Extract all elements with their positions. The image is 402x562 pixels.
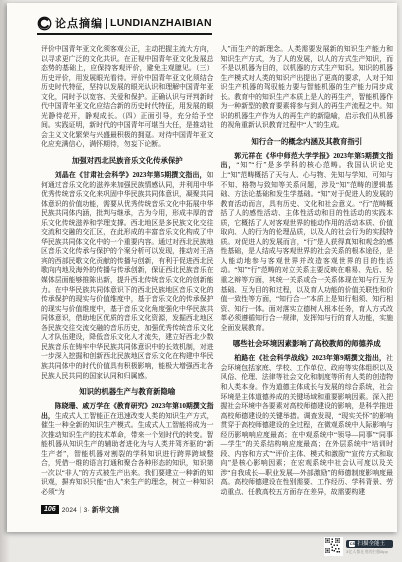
article-heading: 知识的机器生产与教育新隐喻 [41, 387, 214, 397]
left-column: 评价中国青年亚文化须客观公正，主动把握主流大方向，以寻求更广泛的文化共识。在正视… [41, 45, 214, 501]
article-heading: 加强对西北民族音乐文化传承保护 [41, 156, 214, 166]
camscanner-watermark: CS 扫描全能王 3亿人都在用的扫描App [324, 537, 393, 556]
journal-name: 新华文摘 [92, 504, 119, 514]
article-heading: 知行合一的概念内涵及其教育指引 [221, 137, 394, 147]
magazine-page: 论点摘编 LUNDIANZHAIBIAN 评价中国青年亚文化须客观公正，主动把握… [7, 3, 397, 532]
article-columns: 评价中国青年亚文化须客观公正，主动把握主流大方向，以寻求更广泛的文化共识。在正视… [41, 45, 393, 501]
qr-code-icon [324, 537, 343, 556]
right-column: 人”而生产的新理念。人类需要发展新的知识生产能力和知识生产方式，为了人的发展，以… [221, 45, 394, 501]
section-header: 论点摘编 LUNDIANZHAIBIAN [37, 15, 212, 35]
page-number: 106 [41, 505, 59, 514]
continuation-paragraph: 人”而生产的新理念。人类需要发展新的知识生产能力和知识生产方式，为了人的发展，以… [221, 45, 394, 131]
watermark-text-block: CS 扫描全能王 3亿人都在用的扫描App [346, 540, 393, 554]
camscanner-badge: CS 扫描全能王 [346, 540, 393, 548]
article-paragraph: 刘晶在《甘肃社会科学》2023年第5期撰文指出，如何通过音乐文化的滋养来加强民族… [41, 171, 214, 381]
article-paragraph: 郭元祥在《华中师范大学学报》2023年第5期撰文指出，“知”“行”是多学科的核心… [221, 152, 394, 333]
article-paragraph: 陈晓珊、戚万学在《教育研究》2023年第10期撰文指出，生成式人工智能正在迅速改… [41, 402, 214, 497]
issue-info: 2024｜3· [62, 505, 90, 514]
camscanner-logo-icon: CS [349, 541, 355, 547]
section-title-pinyin: LUNDIANZHAIBIAN [110, 17, 212, 29]
page-footer: 106 2024｜3· 新华文摘 [41, 504, 119, 514]
article-citation: 柏路在《社会科学战线》2023年第9期撰文指出， [234, 355, 386, 362]
journal-logo-icon [37, 16, 52, 31]
article-heading: 哪些社会环境因素影响了高校教师的师德养成 [221, 339, 394, 349]
header-divider [106, 18, 107, 29]
camscanner-tagline: 3亿人都在用的扫描App [346, 549, 388, 554]
section-title-chinese: 论点摘编 [55, 15, 103, 31]
article-body-text: 生成式人工智能正在迅速改变人类的知识生产方式，催生一种全新的知识生产模式。生成式… [41, 413, 214, 496]
article-body-text: “知”“行”是多学科的核心范畴。我国认识论史上“知”范畴概括了天与人、心与物、先… [221, 162, 394, 331]
article-body-text: 社会环境包括家庭、学校、工作单位、政府等实体组织以及风俗、伦理、法律等社会文化和… [221, 355, 394, 496]
continuation-paragraph: 评价中国青年亚文化须客观公正，主动把握主流大方向，以寻求更广泛的文化共识。在正视… [41, 45, 214, 150]
article-paragraph: 柏路在《社会科学战线》2023年第9期撰文指出，社会环境包括家庭、学校、工作单位… [221, 354, 394, 497]
camscanner-app-name: 扫描全能王 [357, 541, 385, 547]
article-citation: 刘晶在《甘肃社会科学》2023年第5期撰文指出， [55, 172, 207, 179]
article-body-text: 如何通过音乐文化的滋养来加强民族情感认同，并利用中华优秀传统音乐文化来巩固中华民… [41, 172, 214, 379]
